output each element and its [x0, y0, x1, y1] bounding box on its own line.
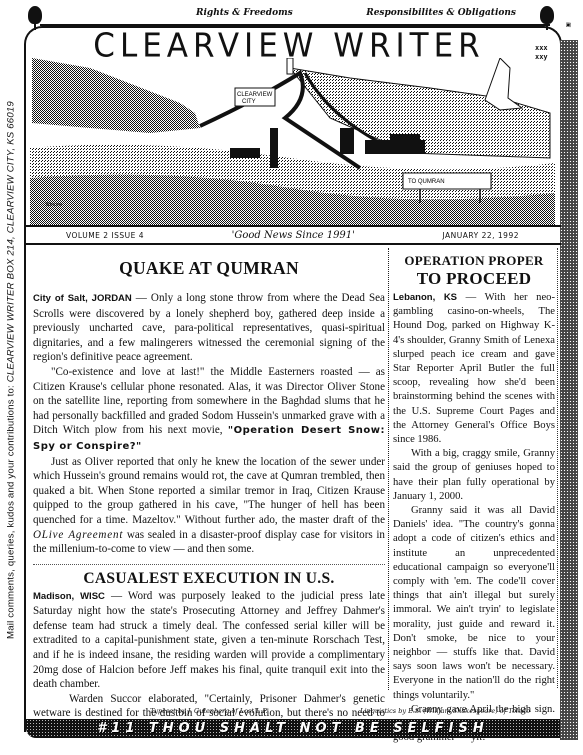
article-paragraph: Lebanon, KS — With her neo-gambling casi… [393, 291, 555, 447]
commandment-banner: #11 THOU SHALT NOT BE SELFISH [26, 719, 560, 738]
article-quake-at-qumran: QUAKE AT QUMRAN City of Salt, JORDAN — O… [33, 258, 385, 557]
edition-tag: xxx xxy [535, 44, 548, 62]
issue-dateline-bar: VOLUME 2 ISSUE 4 'Good News Since 1991' … [26, 225, 561, 245]
pushpin-right-icon [540, 6, 554, 24]
qumran-sign-text: TO QUMRAN [408, 179, 445, 185]
edition-tag-line1: xxx [535, 44, 548, 53]
column-right-edge [557, 248, 558, 688]
edition-tag-line2: xxy [535, 53, 548, 62]
mailing-address-text: Mail comments, queries, kudos and your c… [6, 101, 17, 639]
frame-drop-shadow [560, 40, 578, 740]
article-paragraph: Granny said it was all David Daniels' id… [393, 504, 555, 703]
desert-landscape-icon: CLEARVIEW CITY TO QUMRAN Simons [30, 58, 555, 226]
motto-rights: Rights & Freedoms [196, 8, 293, 18]
headline-quake: QUAKE AT QUMRAN [33, 258, 385, 279]
main-column: QUAKE AT QUMRAN City of Salt, JORDAN — O… [33, 252, 385, 736]
article-operation-proper: OPERATION PROPER TO PROCEED Lebanon, KS … [393, 253, 555, 746]
artist-signature: Simons [45, 202, 63, 208]
corner-mark: ◈ [563, 19, 574, 30]
masthead-illustration: CLEARVIEW CITY TO QUMRAN Simons [30, 58, 555, 226]
typesetting-credit: Typeset by J. Gutenberg of Lost L.P. [150, 707, 268, 715]
motto-rule [40, 24, 550, 26]
column-divider [388, 248, 389, 690]
headline-execution: CASUALEST EXECUTION IN U.S. [33, 570, 385, 588]
mailing-address: CLEARVIEW WRITER BOX 214, CLEARVIEW CITY… [6, 101, 17, 382]
side-column: OPERATION PROPER TO PROCEED Lebanon, KS … [393, 252, 555, 746]
mailing-address-strip: Mail comments, queries, kudos and your c… [2, 20, 20, 720]
article-paragraph: Just as Oliver reported that only he kne… [33, 455, 385, 557]
article-dateline: Madison, WISC [33, 591, 105, 602]
section-divider [33, 564, 385, 565]
headline-operation-line2: TO PROCEED [393, 269, 555, 289]
article-dateline: City of Salt, JORDAN [33, 293, 132, 304]
issue-date: JANUARY 22, 1992 [442, 231, 519, 240]
masthead-motto: Rights & Freedoms Responsibilites & Obli… [196, 8, 516, 18]
article-paragraph: With a big, craggy smile, Granny said th… [393, 447, 555, 504]
volume-issue: VOLUME 2 ISSUE 4 [66, 231, 144, 240]
article-dateline: Lebanon, KS [393, 292, 457, 303]
city-sign-line1: CLEARVIEW [237, 92, 273, 98]
slogan: 'Good News Since 1991' [232, 230, 355, 241]
commandment-text: #11 THOU SHALT NOT BE SELFISH [97, 721, 489, 736]
mailing-instructions: Mail comments, queries, kudos and your c… [6, 382, 17, 639]
newspaper-page: Mail comments, queries, kudos and your c… [0, 0, 583, 755]
article-paragraph: City of Salt, JORDAN — Only a long stone… [33, 291, 385, 365]
motto-responsibilities: Responsibilites & Obligations [366, 8, 516, 18]
agreement-name: OLive Agreement [33, 529, 123, 541]
linguistics-credit: Linguistics by E.S. (William Shakespeare… [360, 707, 530, 715]
city-sign-line2: CITY [242, 99, 256, 105]
headline-operation-line1: OPERATION PROPER [393, 253, 555, 269]
newspaper-title: CLEARVIEW WRITER [64, 27, 514, 65]
pushpin-left-icon [28, 6, 42, 24]
article-paragraph: "Co-existence and love at last!" the Mid… [33, 365, 385, 455]
credits-line: Typeset by J. Gutenberg of Lost L.P. Lin… [150, 707, 530, 715]
article-paragraph: Madison, WISC — Word was purposely leake… [33, 589, 385, 692]
